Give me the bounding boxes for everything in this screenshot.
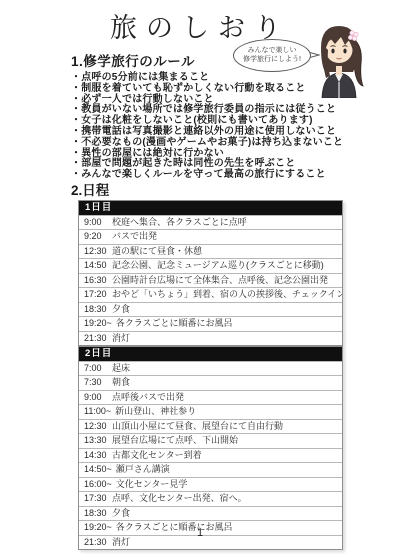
schedule-row: 13:30展望台広場にて点呼、下山開始 (79, 433, 342, 448)
speech-bubble-line1: みんなで楽しい (248, 47, 297, 56)
schedule-row: 14:50~瀬戸さん講演 (79, 462, 342, 477)
row-desc: 消灯 (112, 333, 130, 343)
row-time: 9:20 (84, 232, 108, 242)
row-desc: バスで出発 (112, 231, 157, 241)
rule-item: ・みんなで楽しくルールを守って最高の旅行にすること (71, 170, 341, 181)
schedule-row: 11:00~新山登山、神社参り (79, 404, 342, 419)
page-number: 1 (0, 527, 400, 539)
row-time: 13:30 (84, 436, 108, 446)
row-desc: 夕食 (112, 508, 130, 518)
schedule-row: 14:30古都文化センター到着 (79, 448, 342, 463)
row-time: 16:00~ (84, 480, 112, 490)
row-time: 12:30 (84, 422, 108, 432)
row-desc: 点呼後バスで出発 (112, 392, 184, 402)
row-time: 21:30 (84, 334, 108, 344)
row-time: 19:20~ (84, 319, 112, 329)
row-desc: おやど「いちょう」到着、宿の人の挨拶後、チェックイン (112, 289, 342, 299)
row-desc: 起床 (112, 363, 130, 373)
row-desc: 道の駅にて昼食・休憩 (112, 246, 202, 256)
rules-section: 1.修学旅行のルール ・点呼の5分前には集まること ・制服を着ていても恥ずかしく… (71, 50, 341, 181)
schedule-row: 9:20バスで出発 (79, 229, 342, 244)
speech-bubble: みんなで楽しい 修学旅行にしよう! (233, 39, 311, 72)
row-desc: 新山登山、神社参り (115, 406, 196, 416)
row-time: 7:00 (84, 364, 108, 374)
rule-item: ・制服を着ていても恥ずかしくない行動を取ること (71, 84, 341, 95)
row-time: 14:30 (84, 451, 108, 461)
schedule-row: 18:30夕食 (79, 506, 342, 521)
day-2-header: 2日目 (79, 347, 342, 361)
schedule-row: 19:20~各クラスごとに順番にお風呂 (79, 316, 342, 331)
schedule-row: 17:30点呼、文化センター出発、宿へ。 (79, 491, 342, 506)
row-desc: 記念公園、記念ミュージアム巡り(クラスごとに移動) (112, 260, 324, 270)
schedule-row: 14:50記念公園、記念ミュージアム巡り(クラスごとに移動) (79, 258, 342, 273)
schedule-row: 12:30道の駅にて昼食・休憩 (79, 244, 342, 259)
row-desc: 公園時計台広場にて全体集合、点呼後、記念公園出発 (112, 275, 328, 285)
schedule-row: 12:30山頂山小屋にて昼食、展望台にて自由行動 (79, 419, 342, 434)
row-time: 16:30 (84, 276, 108, 286)
row-time: 14:50 (84, 261, 108, 271)
schedule-row: 9:00校庭へ集合、各クラスごとに点呼 (79, 215, 342, 230)
row-time: 17:30 (84, 494, 108, 504)
schedule-row: 9:00点呼後バスで出発 (79, 390, 342, 405)
row-time: 11:00~ (84, 407, 111, 417)
row-desc: 瀬戸さん講演 (116, 464, 170, 474)
schedule-row: 21:30消灯 (79, 331, 342, 346)
row-time: 14:50~ (84, 465, 112, 475)
flower-icon (348, 31, 358, 41)
rule-item: ・不必要なもの(漫画やゲームやお菓子)は持ち込まないこと (71, 138, 341, 149)
row-desc: 各クラスごとに順番にお風呂 (116, 318, 233, 328)
day-1-table: 1日目 9:00校庭へ集合、各クラスごとに点呼 9:20バスで出発 12:30道… (78, 200, 343, 346)
row-time: 9:00 (84, 393, 108, 403)
schedule-row: 16:00~文化センター見学 (79, 477, 342, 492)
school-girl-illustration (311, 22, 369, 98)
row-desc: 古都文化センター到着 (112, 450, 202, 460)
schedule-row: 7:00起床 (79, 361, 342, 376)
day-2-table: 2日目 7:00起床 7:30朝食 9:00点呼後バスで出発 11:00~新山登… (78, 346, 343, 550)
row-desc: 文化センター見学 (116, 479, 188, 489)
row-desc: 校庭へ集合、各クラスごとに点呼 (112, 217, 247, 227)
schedule-row: 7:30朝食 (79, 375, 342, 390)
row-time: 18:30 (84, 509, 108, 519)
row-time: 17:20 (84, 290, 108, 300)
schedule-row: 17:20おやど「いちょう」到着、宿の人の挨拶後、チェックイン (79, 287, 342, 302)
day-1-header: 1日目 (79, 201, 342, 215)
row-time: 7:30 (84, 378, 108, 388)
speech-bubble-line2: 修学旅行にしよう! (243, 56, 301, 65)
row-desc: 夕食 (112, 304, 130, 314)
schedule-heading: 2.日程 (71, 179, 109, 199)
document-page: 旅のしおり みんなで楽しい 修学旅行にしよう! (0, 0, 400, 556)
row-desc: 山頂山小屋にて昼食、展望台にて自由行動 (112, 421, 283, 431)
schedule-row: 16:30公園時計台広場にて全体集合、点呼後、記念公園出発 (79, 273, 342, 288)
schedule-row: 18:30夕食 (79, 302, 342, 317)
row-time: 18:30 (84, 305, 108, 315)
row-time: 9:00 (84, 218, 108, 228)
row-time: 12:30 (84, 247, 108, 257)
row-desc: 点呼、文化センター出発、宿へ。 (112, 493, 247, 503)
row-desc: 朝食 (112, 377, 130, 387)
row-desc: 展望台広場にて点呼、下山開始 (112, 435, 238, 445)
